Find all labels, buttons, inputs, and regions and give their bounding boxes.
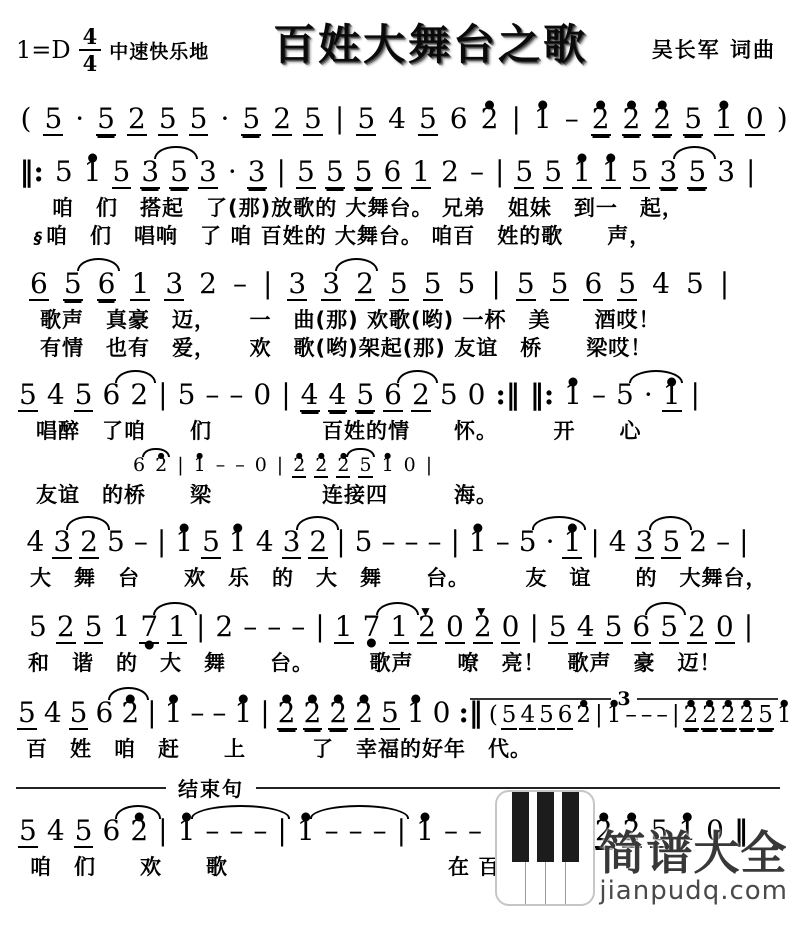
- note-symbol: 1●: [164, 699, 184, 728]
- note-symbol: 5: [158, 105, 178, 136]
- note-symbol: (: [20, 105, 33, 134]
- note-symbol: –: [133, 528, 149, 557]
- barline-symbol: |: [719, 270, 730, 299]
- note-symbol: ·: [545, 528, 556, 557]
- note-symbol: –: [403, 528, 419, 557]
- note-symbol: 3: [282, 528, 302, 559]
- note-symbol: 4: [300, 381, 320, 412]
- note-symbol: –: [242, 613, 258, 642]
- note-symbol: 0: [432, 699, 452, 728]
- note-symbol: 5: [201, 528, 221, 559]
- barline-symbol: |: [494, 158, 505, 187]
- notation-line: 52517●1|2–––|17●12▼02▼0|5456520|: [0, 598, 790, 649]
- note-symbol: 3: [247, 158, 267, 189]
- note-symbol: 1●: [572, 158, 592, 189]
- note-symbol: 2●: [328, 699, 348, 730]
- note-symbol: 1●: [233, 699, 253, 728]
- note-symbol: 1●: [714, 105, 734, 136]
- note-symbol: 5: [63, 270, 83, 301]
- note-symbol: 5: [106, 528, 126, 557]
- note-symbol: 5: [356, 105, 376, 136]
- note-symbol: 5: [550, 270, 570, 301]
- repeat-sign: :‖: [494, 381, 520, 410]
- note-symbol: 5: [514, 158, 534, 189]
- note-symbol: –: [564, 105, 580, 134]
- watermark-url: jianpudq.com: [599, 877, 788, 906]
- barline-symbol: |: [510, 105, 521, 134]
- note-symbol: 6: [101, 817, 121, 846]
- note-symbol: –: [290, 613, 306, 642]
- repeat-sign: ‖:: [19, 158, 45, 187]
- repeat-times-number: 3: [611, 688, 636, 710]
- lyrics-line: §咱 们 唱响 了 咱 百姓的 大舞台。 咱百 姓的歌 声，: [0, 222, 790, 250]
- repeat-sign: ‖:: [529, 381, 555, 410]
- composer-credit: 吴长军 词曲: [652, 34, 776, 64]
- song-title: 百姓大舞台之歌: [209, 12, 651, 72]
- note-symbol: –: [204, 381, 220, 410]
- note-symbol: 5: [96, 105, 116, 136]
- note-symbol: 0: [445, 613, 465, 644]
- note-symbol: –: [189, 699, 205, 728]
- note-symbol: 2: [688, 528, 708, 557]
- note-symbol: 5: [543, 158, 563, 189]
- note-symbol: –: [380, 528, 396, 557]
- note-symbol: 2: [127, 105, 147, 136]
- note-symbol: –: [266, 613, 282, 642]
- note-symbol: 4: [46, 817, 66, 846]
- lyrics-line: 歌声 真豪 迈， 一 曲(那) 欢歌(哟) 一杯 美 酒哎！: [0, 306, 790, 334]
- note-symbol: 2●: [622, 105, 642, 136]
- lyrics-text: 大 舞 台 欢 乐 的 大 舞 台。 友 谊 的 大舞台，: [30, 566, 768, 590]
- note-symbol: 3: [52, 528, 72, 559]
- barline-symbol: |: [449, 528, 460, 557]
- note-symbol: 5: [355, 381, 375, 412]
- note-symbol: 5: [389, 270, 409, 301]
- divider-rule: [16, 787, 166, 789]
- note-symbol: 5: [683, 105, 703, 136]
- note-symbol: 6: [383, 381, 403, 412]
- note-symbol: 5: [189, 105, 209, 136]
- note-symbol: ·: [219, 105, 230, 134]
- note-symbol: 2: [440, 158, 460, 187]
- note-symbol: –: [443, 817, 459, 846]
- barline-symbol: |: [745, 158, 756, 187]
- piano-keys-icon: [495, 790, 595, 906]
- verse-line-5: 52517●1|2–––|17●12▼02▼0|5456520|和 谐 的 大 …: [0, 598, 790, 677]
- note-symbol: 2▼: [473, 613, 493, 644]
- note-symbol: ·: [74, 105, 85, 134]
- note-symbol: 5: [74, 381, 94, 412]
- note-symbol: –: [348, 817, 364, 846]
- note-symbol: 0: [254, 456, 268, 476]
- note-symbol: 2: [687, 613, 707, 644]
- note-symbol: 5: [74, 817, 94, 848]
- barline-symbol: |: [396, 817, 407, 846]
- note-symbol: 1●: [563, 381, 583, 410]
- note-symbol: 5: [18, 381, 38, 412]
- note-symbol: 5: [516, 270, 536, 301]
- barline-symbol: |: [314, 613, 325, 642]
- note-symbol: 5: [84, 613, 104, 644]
- note-symbol: 6: [97, 270, 117, 301]
- note-symbol: 6: [449, 105, 469, 134]
- note-symbol: –: [715, 528, 731, 557]
- note-symbol: 2●: [336, 456, 350, 478]
- lyrics-line: 有情 也有 爱， 欢 歌(哟)架起(那) 友谊 桥 梁哎！: [0, 334, 790, 362]
- sheet-music-page: 1=D 4 4 中速快乐地 百姓大舞台之歌 吴长军 词曲 (5·5255·525…: [0, 0, 790, 926]
- note-symbol: 2: [272, 105, 292, 136]
- tempo-marking: 中速快乐地: [109, 37, 209, 64]
- note-symbol: 2●: [154, 456, 168, 476]
- note-symbol: 5: [659, 613, 679, 644]
- note-symbol: –: [215, 456, 227, 476]
- verse-line-1: ‖:51●5353·3|555612–|551●1●5353|咱 们 搭起 了(…: [0, 143, 790, 251]
- watermark-brand: 简谱大全: [599, 829, 787, 877]
- note-symbol: 2●: [314, 456, 328, 478]
- note-symbol: 5: [169, 158, 189, 189]
- note-symbol: 2●: [591, 105, 611, 136]
- notation-line: ‖:51●5353·3|555612–|551●1●5353|: [0, 143, 790, 194]
- verse-line-3: 54562|5––0|4456250:‖‖:1●–5·1●|唱醉 了咱 们 百姓…: [0, 366, 790, 509]
- lyrics-text: 咱 们 唱响 了 咱 百姓的 大舞台。 咱百 姓的歌 声，: [46, 224, 651, 248]
- note-symbol: 5: [18, 817, 38, 848]
- note-symbol: 5: [17, 699, 37, 730]
- barline-symbol: |: [259, 699, 270, 728]
- note-symbol: 6: [132, 456, 146, 476]
- barline-symbol: |: [276, 456, 284, 476]
- note-symbol: 5: [548, 613, 568, 644]
- note-symbol: –: [469, 158, 485, 187]
- note-symbol: 6: [29, 270, 49, 301]
- repeat-times-marking: 3: [470, 688, 778, 710]
- note-symbol: –: [228, 381, 244, 410]
- note-symbol: –: [495, 528, 511, 557]
- verse-line-6: 54562●|1●––1●|2●2●2●2●51●0:‖(54562●|1●––…: [0, 684, 790, 763]
- key-time-tempo: 1=D 4 4 中速快乐地: [16, 26, 209, 74]
- note-symbol: 4: [328, 381, 348, 412]
- note-symbol: 1: [130, 270, 150, 301]
- note-symbol: 5: [354, 528, 374, 557]
- note-symbol: 0: [715, 613, 735, 644]
- note-symbol: 2●: [120, 699, 140, 728]
- note-symbol: 5: [630, 158, 650, 189]
- note-symbol: 2●: [129, 817, 149, 846]
- note-symbol: ): [776, 105, 789, 134]
- note-symbol: 1: [167, 613, 187, 644]
- note-symbol: 3: [198, 158, 218, 189]
- note-symbol: 5: [43, 105, 63, 136]
- lyrics-text: 咱 们 欢 歌: [30, 855, 228, 879]
- note-symbol: 2●: [354, 699, 374, 730]
- note-symbol: 4: [576, 613, 596, 644]
- barline-symbol: |: [589, 528, 600, 557]
- note-symbol: 6: [583, 270, 603, 301]
- note-symbol: 2●: [303, 699, 323, 730]
- verse-line-4: 4325–|1●51●432|5–––|1●–5·1●|4352–|大 舞 台 …: [0, 513, 790, 592]
- note-symbol: 1●: [662, 381, 682, 412]
- note-symbol: 1: [111, 613, 131, 642]
- note-symbol: 1●: [533, 105, 553, 134]
- note-symbol: –: [591, 381, 607, 410]
- note-symbol: 6: [94, 699, 114, 728]
- note-symbol: 5: [661, 528, 681, 559]
- note-symbol: 4: [608, 528, 628, 557]
- secondary-notation-line: 62●|1●––0|2●2●2●51●0|: [0, 446, 790, 481]
- note-symbol: 0: [467, 381, 487, 410]
- note-symbol: 6: [631, 613, 651, 644]
- notation-line: 656132–|332555|556545|: [0, 255, 790, 306]
- note-symbol: 2▼: [417, 613, 437, 644]
- note-symbol: 5: [296, 158, 316, 189]
- note-symbol: 2: [56, 613, 76, 644]
- note-symbol: 3: [321, 270, 341, 301]
- barline-symbol: |: [276, 817, 287, 846]
- note-symbol: 5: [457, 270, 477, 299]
- note-symbol: 5: [518, 528, 538, 557]
- note-symbol: 2●: [480, 105, 500, 134]
- note-symbol: –: [234, 456, 246, 476]
- segno-icon: §: [34, 228, 43, 247]
- barline-symbol: |: [743, 613, 754, 642]
- note-symbol: 1●: [562, 528, 582, 559]
- lyrics-line: 友谊 的桥 梁 连接四 海。: [0, 481, 790, 509]
- note-symbol: 2: [79, 528, 99, 559]
- note-symbol: 5: [69, 699, 89, 730]
- note-symbol: 1●: [83, 158, 103, 187]
- lyrics-text: 歌声 真豪 迈， 一 曲(那) 欢歌(哟) 一杯 美 酒哎！: [40, 308, 661, 332]
- note-symbol: ·: [643, 381, 654, 410]
- note-symbol: 2: [198, 270, 218, 299]
- note-symbol: 4: [43, 699, 63, 728]
- note-symbol: 5: [687, 158, 707, 189]
- note-symbol: –: [324, 817, 340, 846]
- note-symbol: 3: [635, 528, 655, 559]
- verse-line-2: 656132–|332555|556545|歌声 真豪 迈， 一 曲(那) 欢歌…: [0, 255, 790, 363]
- barline-symbol: |: [738, 528, 749, 557]
- lyrics-text: 友谊 的桥 梁 连接四 海。: [36, 483, 498, 507]
- note-symbol: 4: [651, 270, 671, 299]
- note-symbol: 3: [287, 270, 307, 301]
- note-symbol: 5: [615, 381, 635, 410]
- note-symbol: –: [372, 817, 388, 846]
- note-symbol: 5: [54, 158, 74, 187]
- note-symbol: 1: [334, 613, 354, 644]
- note-symbol: 2: [129, 381, 149, 410]
- barline-symbol: |: [146, 699, 157, 728]
- note-symbol: 5: [354, 158, 374, 189]
- note-symbol: –: [252, 817, 268, 846]
- note-symbol: –: [211, 699, 227, 728]
- note-symbol: ·: [227, 158, 238, 187]
- ending-label: 结束句: [178, 773, 244, 802]
- note-symbol: 1●: [406, 699, 426, 728]
- notation-line: (5·5255·525|54562●|1●–2●2●2●51●0)|: [0, 90, 790, 141]
- note-symbol: –: [426, 528, 442, 557]
- barline-symbol: |: [335, 528, 346, 557]
- note-symbol: 2●: [292, 456, 306, 478]
- note-symbol: 2●: [652, 105, 672, 136]
- note-symbol: 1: [411, 158, 431, 189]
- barline-symbol: |: [176, 456, 184, 476]
- note-symbol: 0: [501, 613, 521, 644]
- lyrics-text: 和 谐 的 大 舞 台。 歌声 嘹 亮！ 歌声 豪 迈！: [28, 651, 722, 675]
- note-symbol: 1●: [228, 528, 248, 557]
- time-numerator: 4: [79, 26, 102, 51]
- barline-symbol: |: [690, 381, 701, 410]
- note-symbol: 3: [716, 158, 736, 187]
- note-symbol: 4: [46, 381, 66, 410]
- note-symbol: 7●: [362, 613, 382, 642]
- note-symbol: 5: [423, 270, 443, 301]
- note-symbol: 2●: [277, 699, 297, 730]
- watermark: 简谱大全 jianpudq.com: [495, 790, 788, 906]
- note-symbol: 2: [214, 613, 234, 642]
- note-symbol: 1●: [381, 456, 395, 476]
- key-signature: 1=D: [16, 36, 71, 64]
- note-symbol: 5: [685, 270, 705, 299]
- time-signature: 4 4: [79, 26, 102, 74]
- note-symbol: 2: [308, 528, 328, 559]
- note-symbol: –: [467, 817, 483, 846]
- note-symbol: 1●: [468, 528, 488, 557]
- note-symbol: 5: [28, 613, 48, 642]
- note-symbol: 7●: [139, 613, 159, 644]
- note-symbol: 1●: [193, 456, 207, 476]
- barline-symbol: |: [157, 817, 168, 846]
- note-symbol: 3: [164, 270, 184, 301]
- note-symbol: 5: [358, 456, 372, 478]
- lyrics-line: 和 谐 的 大 舞 台。 歌声 嘹 亮！ 歌声 豪 迈！: [0, 649, 790, 677]
- notation-line: 4325–|1●51●432|5–––|1●–5·1●|4352–|: [0, 513, 790, 564]
- note-symbol: 5: [112, 158, 132, 189]
- barline-symbol: |: [157, 381, 168, 410]
- note-symbol: 1●: [174, 528, 194, 557]
- lyrics-line: 唱醉 了咱 们 百姓的情 怀。 开 心: [0, 417, 790, 445]
- note-symbol: 1●: [601, 158, 621, 189]
- note-symbol: 5: [303, 105, 323, 136]
- barline-symbol: |: [528, 613, 539, 642]
- lyrics-line: 咱 们 搭起 了(那)放歌的 大舞台。 兄弟 姐妹 到一 起，: [0, 194, 790, 222]
- barline-symbol: |: [425, 456, 433, 476]
- note-symbol: –: [204, 817, 220, 846]
- time-denominator: 4: [83, 51, 98, 74]
- note-symbol: 4: [26, 528, 46, 557]
- barline-symbol: |: [490, 270, 501, 299]
- note-symbol: 5: [380, 699, 400, 730]
- note-symbol: 1●: [177, 817, 197, 846]
- lyrics-line: 百 姓 咱 赶 上 了 幸福的好年 代。: [0, 735, 790, 763]
- note-symbol: 5: [241, 105, 261, 136]
- notation-area: (5·5255·525|54562●|1●–2●2●2●51●0)|‖:51●5…: [0, 90, 790, 881]
- note-symbol: 4: [387, 105, 407, 134]
- note-symbol: 3: [140, 158, 160, 189]
- note-symbol: 3: [659, 158, 679, 189]
- barline-symbol: |: [195, 613, 206, 642]
- note-symbol: 0: [403, 456, 417, 476]
- note-symbol: 1●: [415, 817, 435, 846]
- divider-rule: [256, 787, 780, 789]
- notation-line: 54562|5––0|4456250:‖‖:1●–5·1●|: [0, 366, 790, 417]
- barline-symbol: |: [280, 381, 291, 410]
- note-symbol: 0: [745, 105, 765, 136]
- note-symbol: –: [228, 817, 244, 846]
- note-symbol: 4: [255, 528, 275, 557]
- note-symbol: 6: [101, 381, 121, 410]
- note-symbol: 5: [325, 158, 345, 189]
- note-symbol: 2: [355, 270, 375, 301]
- barline-symbol: |: [262, 270, 273, 299]
- note-symbol: 2: [411, 381, 431, 412]
- note-symbol: 5: [177, 381, 197, 410]
- note-symbol: 6: [382, 158, 402, 189]
- note-symbol: 5: [604, 613, 624, 644]
- note-symbol: 5: [418, 105, 438, 136]
- barline-symbol: |: [156, 528, 167, 557]
- lyrics-text: 有情 也有 爱， 欢 歌(哟)架起(那) 友谊 桥 梁哎！: [40, 336, 652, 360]
- note-symbol: 5: [439, 381, 459, 410]
- note-symbol: 1: [389, 613, 409, 644]
- note-symbol: 0: [252, 381, 272, 410]
- lyrics-line: 大 舞 台 欢 乐 的 大 舞 台。 友 谊 的 大舞台，: [0, 564, 790, 592]
- lyrics-text: 唱醉 了咱 们 百姓的情 怀。 开 心: [36, 419, 642, 443]
- lyrics-text: 咱 们 搭起 了(那)放歌的 大舞台。 兄弟 姐妹 到一 起，: [52, 196, 684, 220]
- score-header: 1=D 4 4 中速快乐地 百姓大舞台之歌 吴长军 词曲: [0, 0, 790, 82]
- barline-symbol: |: [334, 105, 345, 134]
- intro-line: (5·5255·525|54562●|1●–2●2●2●51●0)|: [0, 90, 790, 141]
- barline-symbol: |: [276, 158, 287, 187]
- note-symbol: –: [232, 270, 248, 299]
- note-symbol: 5: [617, 270, 637, 301]
- lyrics-text: 百 姓 咱 赶 上 了 幸福的好年 代。: [26, 737, 532, 761]
- note-symbol: 1●: [296, 817, 316, 846]
